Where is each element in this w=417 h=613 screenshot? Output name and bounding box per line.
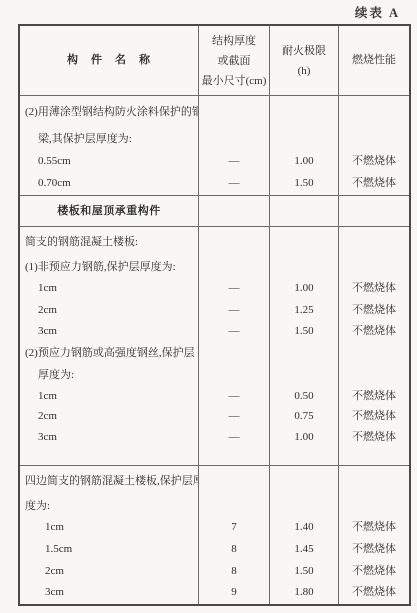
empty-cell [339, 196, 409, 226]
group-simply-supported-slab: 简支的钢筋混凝土楼板: (1)非预应力钢筋,保护层厚度为: 1cm — 1.00… [20, 227, 409, 466]
component-name-cell: 1cm [20, 517, 199, 538]
fire-limit-cell: 1.25 [270, 300, 339, 321]
fire-resistance-table: 构 件 名 称 结构厚度 或截面 最小尺寸(cm) 耐火极限 (h) 燃烧性能 … [18, 24, 411, 606]
header-thickness-lines: 结构厚度 或截面 最小尺寸(cm) [199, 31, 269, 91]
combustion-cell: 不燃烧体 [339, 150, 409, 172]
component-name-cell: 0.55cm [20, 150, 199, 172]
fire-limit-cell: 0.75 [270, 406, 339, 426]
thickness-cell: — [199, 406, 270, 426]
group-four-edge-slab: 四边简支的钢筋混凝土楼板,保护层厚 度为: 1cm 7 1.40 不燃烧体 1.… [20, 466, 409, 604]
thickness-cell: — [199, 426, 270, 465]
fire-limit-cell: 1.50 [270, 172, 339, 195]
component-name-cell: 厚度为: [20, 365, 199, 386]
empty-cell [339, 128, 409, 150]
header-fire-limit: 耐火极限 (h) [270, 26, 339, 95]
thickness-cell: 8 [199, 538, 270, 561]
header-component-name: 构 件 名 称 [20, 26, 199, 95]
empty-cell [339, 257, 409, 277]
component-name-cell: 2cm [20, 406, 199, 426]
empty-cell [339, 342, 409, 365]
fire-limit-cell: 1.00 [270, 426, 339, 465]
combustion-cell: 不燃烧体 [339, 300, 409, 321]
section-title: 楼板和屋顶承重构件 [20, 196, 199, 226]
fire-limit-cell: 1.40 [270, 517, 339, 538]
thickness-cell: 7 [199, 517, 270, 538]
empty-cell [270, 496, 339, 517]
combustion-cell: 不燃烧体 [339, 386, 409, 406]
thickness-cell: — [199, 321, 270, 342]
thickness-cell: — [199, 150, 270, 172]
header-combustion: 燃烧性能 [339, 26, 409, 95]
fire-limit-cell: 1.45 [270, 538, 339, 561]
header-component-name-label: 构 件 名 称 [67, 54, 151, 67]
empty-cell [339, 365, 409, 386]
combustion-cell: 不燃烧体 [339, 517, 409, 538]
component-name-cell: 1.5cm [20, 538, 199, 561]
thickness-cell: 8 [199, 561, 270, 581]
component-name-cell: 四边简支的钢筋混凝土楼板,保护层厚 [20, 466, 199, 496]
empty-cell [199, 128, 270, 150]
thickness-cell: 9 [199, 581, 270, 604]
combustion-cell: 不燃烧体 [339, 581, 409, 604]
combustion-cell: 不燃烧体 [339, 538, 409, 561]
fire-limit-cell: 1.50 [270, 561, 339, 581]
fire-limit-cell: 1.80 [270, 581, 339, 604]
continuation-table-label: 续表 A [355, 3, 400, 21]
component-name-cell: 1cm [20, 386, 199, 406]
component-name-cell: 2cm [20, 561, 199, 581]
document-page: 续表 A 构 件 名 称 结构厚度 或截面 最小尺寸(cm) 耐火极限 (h) … [0, 0, 417, 613]
empty-cell [339, 466, 409, 496]
empty-cell [199, 257, 270, 277]
empty-cell [270, 196, 339, 226]
section-row-floor-roof: 楼板和屋顶承重构件 [20, 196, 409, 227]
empty-cell [270, 96, 339, 128]
empty-cell [270, 257, 339, 277]
empty-cell [339, 496, 409, 517]
empty-cell [199, 196, 270, 226]
thickness-cell: — [199, 172, 270, 195]
component-name-cell: (2)用薄涂型钢结构防火涂料保护的钢 [20, 96, 199, 128]
component-name-cell: (1)非预应力钢筋,保护层厚度为: [20, 257, 199, 277]
component-name-cell: 3cm [20, 581, 199, 604]
component-name-cell: 3cm [20, 426, 199, 465]
header-thickness-line-1: 结构厚度 [212, 31, 256, 51]
empty-cell [339, 96, 409, 128]
combustion-cell: 不燃烧体 [339, 172, 409, 195]
empty-cell [199, 496, 270, 517]
thickness-cell: — [199, 386, 270, 406]
empty-cell [270, 342, 339, 365]
fire-limit-cell: 1.50 [270, 321, 339, 342]
component-name-cell: (2)预应力钢筋或高强度钢丝,保护层 [20, 342, 199, 365]
fire-limit-cell: 1.00 [270, 277, 339, 300]
component-name-cell: 度为: [20, 496, 199, 517]
thickness-cell: — [199, 277, 270, 300]
component-name-cell: 3cm [20, 321, 199, 342]
component-name-cell: 梁,其保护层厚度为: [20, 128, 199, 150]
component-name-cell: 0.70cm [20, 172, 199, 195]
table-header-row: 构 件 名 称 结构厚度 或截面 最小尺寸(cm) 耐火极限 (h) 燃烧性能 [20, 26, 409, 96]
combustion-cell: 不燃烧体 [339, 561, 409, 581]
component-name-cell: 1cm [20, 277, 199, 300]
empty-cell [270, 466, 339, 496]
empty-cell [199, 342, 270, 365]
empty-cell [339, 227, 409, 257]
header-thickness: 结构厚度 或截面 最小尺寸(cm) [199, 26, 270, 95]
thickness-cell: — [199, 300, 270, 321]
combustion-cell: 不燃烧体 [339, 406, 409, 426]
header-fire-limit-lines: 耐火极限 (h) [270, 41, 338, 81]
component-name-cell: 2cm [20, 300, 199, 321]
header-fire-limit-line-1: 耐火极限 [282, 41, 326, 61]
empty-cell [199, 96, 270, 128]
header-thickness-line-2: 或截面 [218, 51, 251, 71]
group-steel-beam-coating: (2)用薄涂型钢结构防火涂料保护的钢 梁,其保护层厚度为: 0.55cm — 1… [20, 96, 409, 196]
combustion-cell: 不燃烧体 [339, 321, 409, 342]
combustion-cell: 不燃烧体 [339, 277, 409, 300]
fire-limit-cell: 0.50 [270, 386, 339, 406]
header-thickness-line-3: 最小尺寸(cm) [202, 71, 267, 91]
empty-cell [270, 365, 339, 386]
empty-cell [270, 128, 339, 150]
empty-cell [270, 227, 339, 257]
header-fire-limit-line-2: (h) [298, 61, 311, 81]
empty-cell [199, 227, 270, 257]
empty-cell [199, 466, 270, 496]
component-name-cell: 简支的钢筋混凝土楼板: [20, 227, 199, 257]
empty-cell [199, 365, 270, 386]
combustion-cell: 不燃烧体 [339, 426, 409, 465]
fire-limit-cell: 1.00 [270, 150, 339, 172]
